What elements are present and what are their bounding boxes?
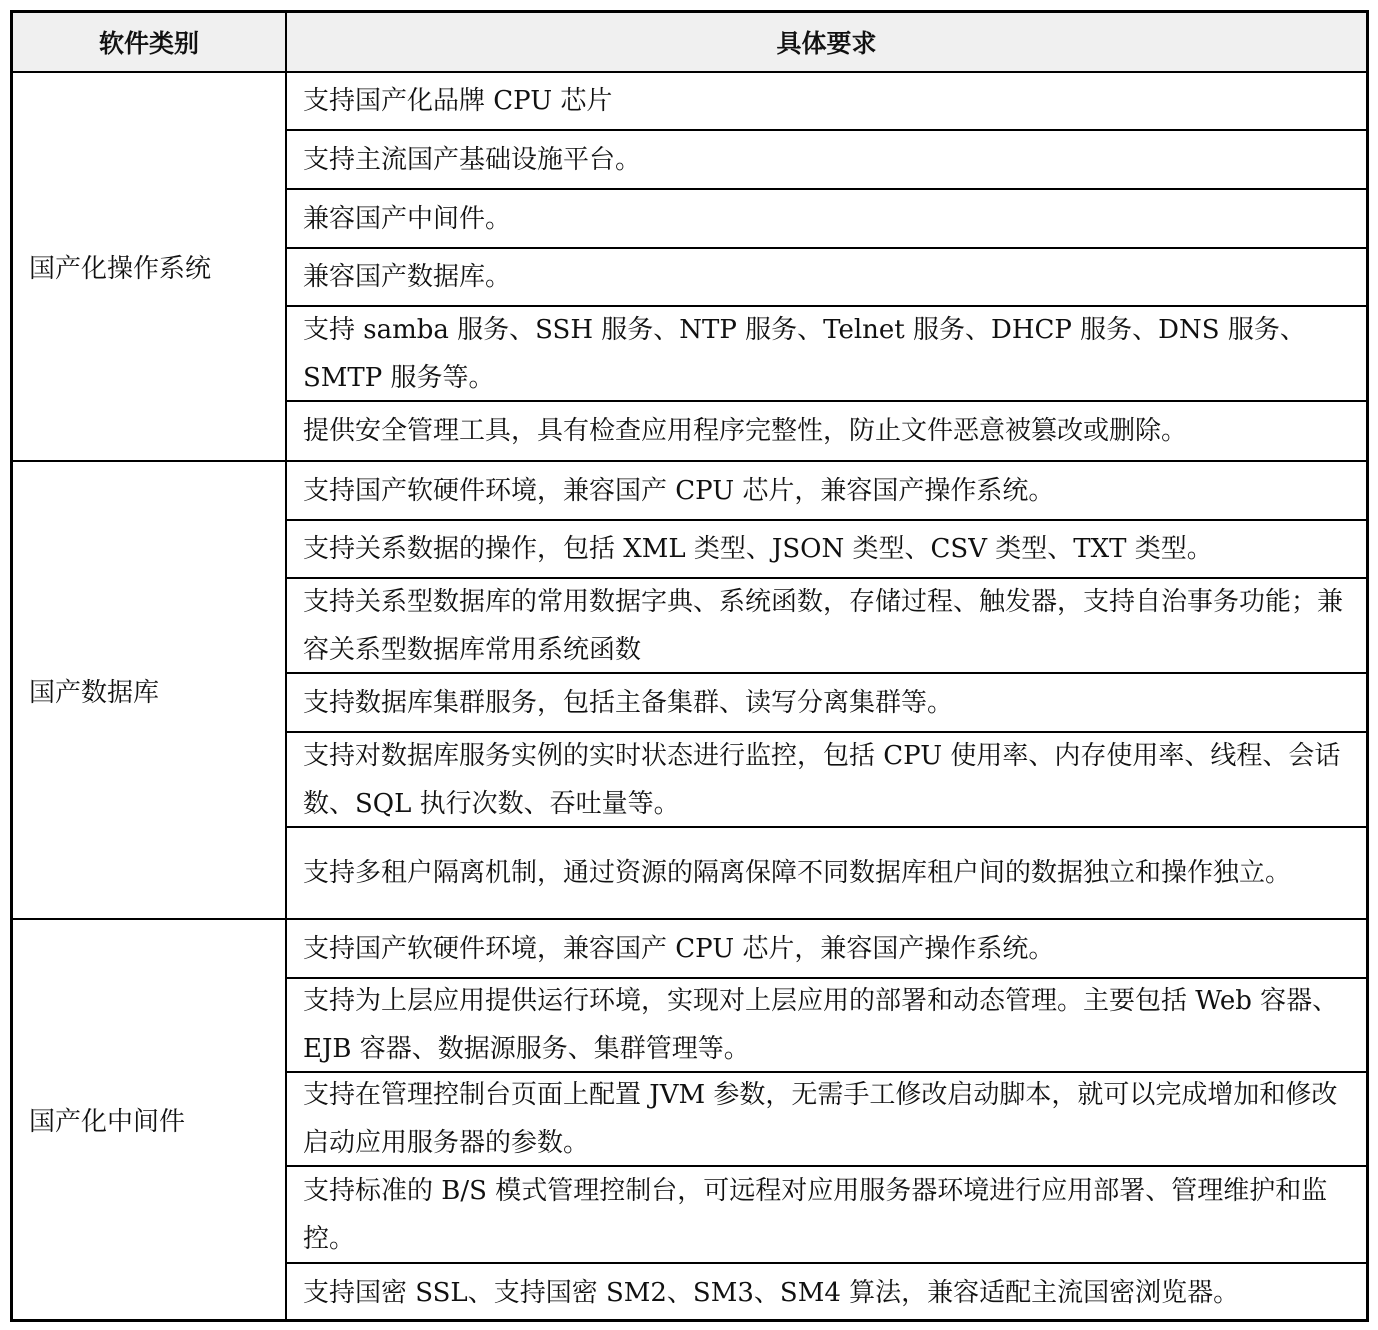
table-row: 支持对数据库服务实例的实时状态进行监控，包括 CPU 使用率、内存使用率、线程、… [287,733,1366,828]
table-row: 兼容国产数据库。 [287,249,1366,307]
category-cell: 国产化操作系统 [13,72,287,460]
category-cell: 国产数据库 [13,462,287,918]
table-row: 支持数据库集群服务，包括主备集群、读写分离集群等。 [287,674,1366,733]
table-row: 支持关系数据的操作，包括 XML 类型、JSON 类型、CSV 类型、TXT 类… [287,521,1366,579]
table-row: 支持国产化品牌 CPU 芯片 [287,72,1366,131]
table-group-middleware: 国产化中间件 支持国产软硬件环境，兼容国产 CPU 芯片，兼容国产操作系统。 支… [13,918,1366,1319]
table-row: 兼容国产中间件。 [287,190,1366,249]
table-group-os: 国产化操作系统 支持国产化品牌 CPU 芯片 支持主流国产基础设施平台。 兼容国… [13,72,1366,460]
table-row: 支持关系型数据库的常用数据字典、系统函数，存储过程、触发器，支持自治事务功能；兼… [287,579,1366,674]
table-row: 支持国密 SSL、支持国密 SM2、SM3、SM4 算法，兼容适配主流国密浏览器… [287,1264,1366,1321]
header-software-category: 软件类别 [13,13,287,71]
table-row: 支持国产软硬件环境，兼容国产 CPU 芯片，兼容国产操作系统。 [287,462,1366,521]
table-row: 支持主流国产基础设施平台。 [287,131,1366,190]
table-row: 支持多租户隔离机制，通过资源的隔离保障不同数据库租户间的数据独立和操作独立。 [287,828,1366,918]
table-group-database: 国产数据库 支持国产软硬件环境，兼容国产 CPU 芯片，兼容国产操作系统。 支持… [13,460,1366,918]
category-cell: 国产化中间件 [13,920,287,1319]
header-requirements: 具体要求 [287,13,1366,71]
table-row: 提供安全管理工具，具有检查应用程序完整性，防止文件恶意被篡改或删除。 [287,402,1366,460]
table-row: 支持在管理控制台页面上配置 JVM 参数，无需手工修改启动脚本，就可以完成增加和… [287,1073,1366,1167]
table-row: 支持标准的 B/S 模式管理控制台，可远程对应用服务器环境进行应用部署、管理维护… [287,1167,1366,1264]
requirements-table: 软件类别 具体要求 国产化操作系统 支持国产化品牌 CPU 芯片 支持主流国产基… [10,10,1369,1322]
table-header: 软件类别 具体要求 [13,13,1366,73]
table-row: 支持国产软硬件环境，兼容国产 CPU 芯片，兼容国产操作系统。 [287,920,1366,979]
table-row: 支持为上层应用提供运行环境，实现对上层应用的部署和动态管理。主要包括 Web 容… [287,979,1366,1073]
table-row: 支持 samba 服务、SSH 服务、NTP 服务、Telnet 服务、DHCP… [287,307,1366,402]
